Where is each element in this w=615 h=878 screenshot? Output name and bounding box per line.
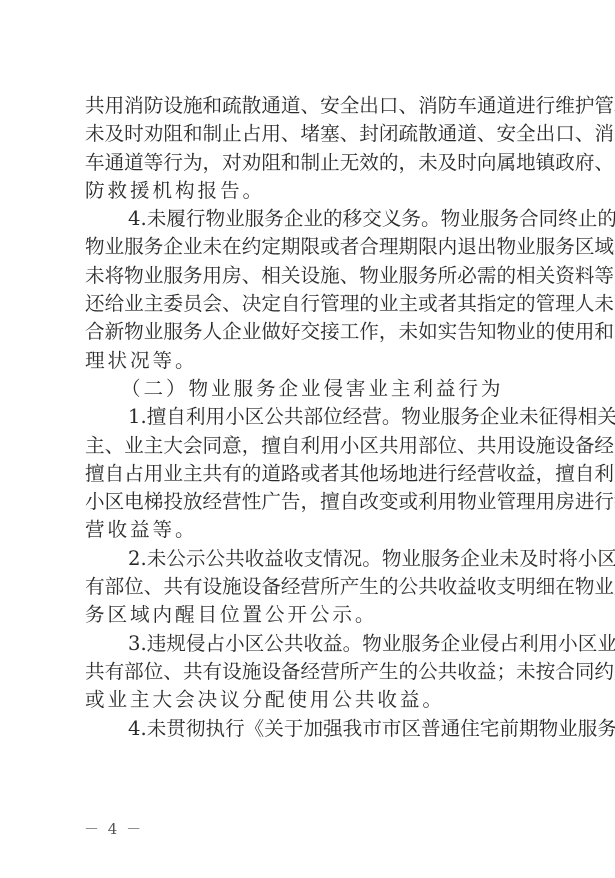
text-line: 或业主大会决议分配使用公共收益。 (85, 686, 559, 714)
list-item-heading: 4.未贯彻执行《关于加强我市市区普通住宅前期物业服务收 (85, 715, 559, 743)
text-line: 擅自占用业主共有的道路或者其他场地进行经营收益，擅自利用 (85, 460, 559, 488)
document-body: 共用消防设施和疏散通道、安全出口、消防车通道进行维护管理 未及时劝阻和制止占用、… (85, 92, 559, 743)
text-line: 小区电梯投放经营性广告，擅自改变或利用物业管理用房进行经 (85, 488, 559, 516)
text-line: 防救援机构报告。 (85, 177, 559, 205)
text-line: 有部位、共有设施设备经营所产生的公共收益收支明细在物业服 (85, 573, 559, 601)
list-item-heading: 3.违规侵占小区公共收益。物业服务企业侵占利用小区业主 (85, 630, 559, 658)
text-line: 未及时劝阻和制止占用、堵塞、封闭疏散通道、安全出口、消防 (85, 120, 559, 148)
list-item-heading: 2.未公示公共收益收支情况。物业服务企业未及时将小区共 (85, 545, 559, 573)
text-line: 共用消防设施和疏散通道、安全出口、消防车通道进行维护管理 (85, 92, 559, 120)
text-line: 营收益等。 (85, 516, 559, 544)
text-line: 物业服务企业未在约定期限或者合理期限内退出物业服务区域， (85, 233, 559, 261)
text-line: 主、业主大会同意，擅自利用小区共用部位、共用设施设备经营 (85, 432, 559, 460)
text-line: 共有部位、共有设施设备经营所产生的公共收益；未按合同约定 (85, 658, 559, 686)
text-line: 理状况等。 (85, 347, 559, 375)
list-item-heading: 1.擅自利用小区公共部位经营。物业服务企业未征得相关业 (85, 403, 559, 431)
text-line: 合新物业服务人企业做好交接工作，未如实告知物业的使用和管 (85, 318, 559, 346)
text-line: 车通道等行为，对劝阻和制止无效的，未及时向属地镇政府、消 (85, 149, 559, 177)
text-line: 未将物业服务用房、相关设施、物业服务所必需的相关资料等交 (85, 262, 559, 290)
text-line: 还给业主委员会、决定自行管理的业主或者其指定的管理人未配 (85, 290, 559, 318)
document-page: 共用消防设施和疏散通道、安全出口、消防车通道进行维护管理 未及时劝阻和制止占用、… (0, 0, 615, 878)
text-line: 务区域内醒目位置公开公示。 (85, 601, 559, 629)
page-number: － 4 － (84, 818, 143, 839)
list-item-heading: 4.未履行物业服务企业的移交义务。物业服务合同终止的原 (85, 205, 559, 233)
section-heading: （二）物业服务企业侵害业主利益行为 (85, 375, 559, 403)
